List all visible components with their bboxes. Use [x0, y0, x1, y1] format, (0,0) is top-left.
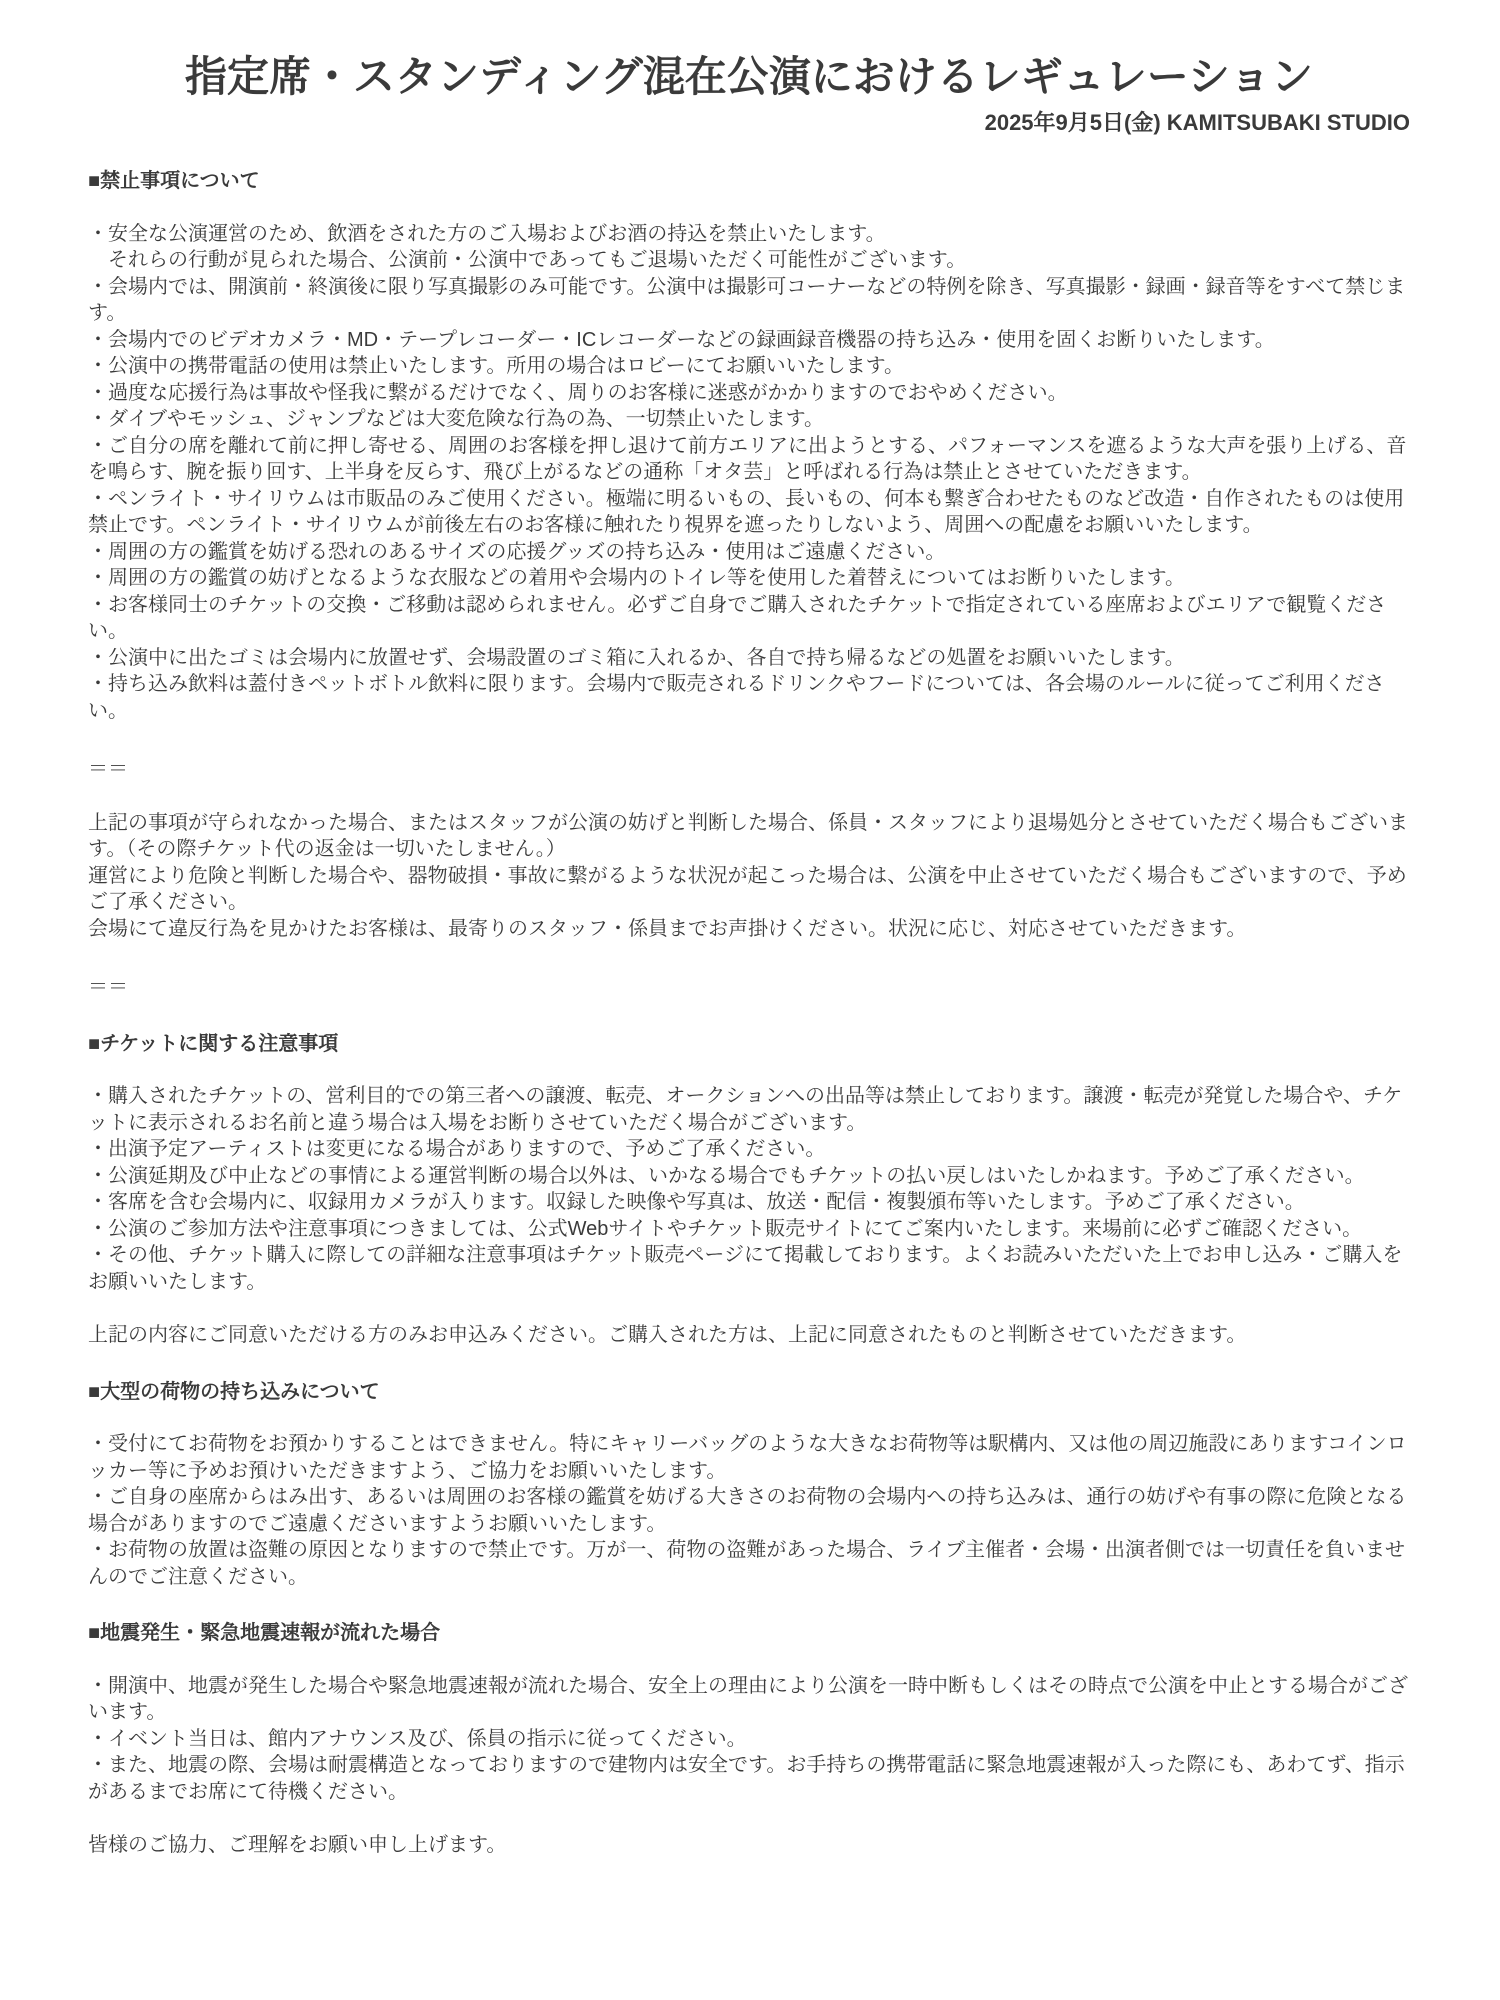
- bullet-line: ・会場内では、開演前・終演後に限り写真撮影のみ可能です。公演中は撮影可コーナーな…: [88, 274, 1410, 327]
- bullet-line: それらの行動が見られた場合、公演前・公演中であってもご退場いただく可能性がござい…: [88, 247, 1410, 274]
- bullet-line: ・安全な公演運営のため、飲酒をされた方のご入場およびお酒の持込を禁止いたします。: [88, 221, 1410, 248]
- bullet-line: ・客席を含む会場内に、収録用カメラが入ります。収録した映像や写真は、放送・配信・…: [88, 1189, 1410, 1216]
- bullet-line: ・購入されたチケットの、営利目的での第三者への譲渡、転売、オークションへの出品等…: [88, 1083, 1410, 1136]
- bullet-line: ・公演中に出たゴミは会場内に放置せず、会場設置のゴミ箱に入れるか、各自で持ち帰る…: [88, 645, 1410, 672]
- bullet-line: ・周囲の方の鑑賞の妨げとなるような衣服などの着用や会場内のトイレ等を使用した着替…: [88, 565, 1410, 592]
- separator: ＝＝: [88, 974, 1410, 1001]
- bullet-item: ・周囲の方の鑑賞を妨げる恐れのあるサイズの応援グッズの持ち込み・使用はご遠慮くだ…: [88, 539, 1410, 566]
- date-venue-line: 2025年9月5日(金) KAMITSUBAKI STUDIO: [88, 108, 1410, 138]
- bullet-item: ・ダイブやモッシュ、ジャンプなどは大変危険な行為の為、一切禁止いたします。: [88, 406, 1410, 433]
- document-title: 指定席・スタンディング混在公演におけるレギュレーション: [88, 52, 1410, 102]
- bullet-line: ・公演中の携帯電話の使用は禁止いたします。所用の場合はロビーにてお願いいたします…: [88, 353, 1410, 380]
- bullet-line: ・お荷物の放置は盗難の原因となりますので禁止です。万が一、荷物の盗難があった場合…: [88, 1537, 1410, 1590]
- paragraph-line: 運営により危険と判断した場合や、器物破損・事故に繋がるような状況が起こった場合は…: [88, 863, 1410, 916]
- bullet-item: ・周囲の方の鑑賞の妨げとなるような衣服などの着用や会場内のトイレ等を使用した着替…: [88, 565, 1410, 592]
- bullet-item: ・会場内では、開演前・終演後に限り写真撮影のみ可能です。公演中は撮影可コーナーな…: [88, 274, 1410, 327]
- section-heading: ■地震発生・緊急地震速報が流れた場合: [88, 1620, 1410, 1647]
- bullet-item: ・公演中の携帯電話の使用は禁止いたします。所用の場合はロビーにてお願いいたします…: [88, 353, 1410, 380]
- bullet-line: ・公演のご参加方法や注意事項につきましては、公式Webサイトやチケット販売サイト…: [88, 1216, 1410, 1243]
- bullet-item: ・公演のご参加方法や注意事項につきましては、公式Webサイトやチケット販売サイト…: [88, 1216, 1410, 1243]
- separator: ＝＝: [88, 756, 1410, 783]
- bullet-item: ・客席を含む会場内に、収録用カメラが入ります。収録した映像や写真は、放送・配信・…: [88, 1189, 1410, 1216]
- bullet-line: ・その他、チケット購入に際しての詳細な注意事項はチケット販売ページにて掲載してお…: [88, 1242, 1410, 1295]
- bullet-item: ・また、地震の際、会場は耐震構造となっておりますので建物内は安全です。お手持ちの…: [88, 1752, 1410, 1805]
- document-body: ■禁止事項について・安全な公演運営のため、飲酒をされた方のご入場およびお酒の持込…: [88, 168, 1410, 1859]
- paragraph: 皆様のご協力、ご理解をお願い申し上げます。: [88, 1832, 1410, 1859]
- bullet-line: ・イベント当日は、館内アナウンス及び、係員の指示に従ってください。: [88, 1726, 1410, 1753]
- bullet-line: ・また、地震の際、会場は耐震構造となっておりますので建物内は安全です。お手持ちの…: [88, 1752, 1410, 1805]
- bullet-line: ・持ち込み飲料は蓋付きペットボトル飲料に限ります。会場内で販売されるドリンクやフ…: [88, 671, 1410, 724]
- bullet-item: ・開演中、地震が発生した場合や緊急地震速報が流れた場合、安全上の理由により公演を…: [88, 1673, 1410, 1726]
- bullet-line: ・ご自分の席を離れて前に押し寄せる、周囲のお客様を押し退けて前方エリアに出ようと…: [88, 433, 1410, 486]
- bullet-line: ・ご自身の座席からはみ出す、あるいは周囲のお客様の鑑賞を妨げる大きさのお荷物の会…: [88, 1484, 1410, 1537]
- paragraph: 上記の内容にご同意いただける方のみお申込みください。ご購入された方は、上記に同意…: [88, 1322, 1410, 1349]
- bullet-line: ・開演中、地震が発生した場合や緊急地震速報が流れた場合、安全上の理由により公演を…: [88, 1673, 1410, 1726]
- bullet-line: ・過度な応援行為は事故や怪我に繋がるだけでなく、周りのお客様に迷惑がかかりますの…: [88, 380, 1410, 407]
- bullet-item: ・安全な公演運営のため、飲酒をされた方のご入場およびお酒の持込を禁止いたします。…: [88, 221, 1410, 274]
- paragraph-line: 上記の事項が守られなかった場合、またはスタッフが公演の妨げと判断した場合、係員・…: [88, 810, 1410, 863]
- document-page: 指定席・スタンディング混在公演におけるレギュレーション 2025年9月5日(金)…: [0, 52, 1500, 1919]
- bullet-line: ・周囲の方の鑑賞を妨げる恐れのあるサイズの応援グッズの持ち込み・使用はご遠慮くだ…: [88, 539, 1410, 566]
- bullet-item: ・受付にてお荷物をお預かりすることはできません。特にキャリーバッグのような大きな…: [88, 1431, 1410, 1484]
- bullet-line: ・ペンライト・サイリウムは市販品のみご使用ください。極端に明るいもの、長いもの、…: [88, 486, 1410, 539]
- bullet-item: ・持ち込み飲料は蓋付きペットボトル飲料に限ります。会場内で販売されるドリンクやフ…: [88, 671, 1410, 724]
- bullet-item: ・イベント当日は、館内アナウンス及び、係員の指示に従ってください。: [88, 1726, 1410, 1753]
- paragraph-line: 皆様のご協力、ご理解をお願い申し上げます。: [88, 1832, 1410, 1859]
- bullet-item: ・出演予定アーティストは変更になる場合がありますので、予めご了承ください。: [88, 1136, 1410, 1163]
- bullet-line: ・受付にてお荷物をお預かりすることはできません。特にキャリーバッグのような大きな…: [88, 1431, 1410, 1484]
- paragraph: 上記の事項が守られなかった場合、またはスタッフが公演の妨げと判断した場合、係員・…: [88, 810, 1410, 943]
- bullet-line: ・公演延期及び中止などの事情による運営判断の場合以外は、いかなる場合でもチケット…: [88, 1163, 1410, 1190]
- section-heading: ■チケットに関する注意事項: [88, 1031, 1410, 1058]
- paragraph-line: 上記の内容にご同意いただける方のみお申込みください。ご購入された方は、上記に同意…: [88, 1322, 1410, 1349]
- bullet-item: ・購入されたチケットの、営利目的での第三者への譲渡、転売、オークションへの出品等…: [88, 1083, 1410, 1136]
- bullet-item: ・ご自身の座席からはみ出す、あるいは周囲のお客様の鑑賞を妨げる大きさのお荷物の会…: [88, 1484, 1410, 1537]
- bullet-item: ・会場内でのビデオカメラ・MD・テープレコーダー・ICレコーダーなどの録画録音機…: [88, 327, 1410, 354]
- section-heading: ■禁止事項について: [88, 168, 1410, 195]
- bullet-item: ・ご自分の席を離れて前に押し寄せる、周囲のお客様を押し退けて前方エリアに出ようと…: [88, 433, 1410, 486]
- bullet-item: ・公演中に出たゴミは会場内に放置せず、会場設置のゴミ箱に入れるか、各自で持ち帰る…: [88, 645, 1410, 672]
- bullet-line: ・出演予定アーティストは変更になる場合がありますので、予めご了承ください。: [88, 1136, 1410, 1163]
- bullet-line: ・会場内でのビデオカメラ・MD・テープレコーダー・ICレコーダーなどの録画録音機…: [88, 327, 1410, 354]
- section-heading: ■大型の荷物の持ち込みについて: [88, 1379, 1410, 1406]
- bullet-line: ・ダイブやモッシュ、ジャンプなどは大変危険な行為の為、一切禁止いたします。: [88, 406, 1410, 433]
- bullet-line: ・お客様同士のチケットの交換・ご移動は認められません。必ずご自身でご購入されたチ…: [88, 592, 1410, 645]
- bullet-item: ・ペンライト・サイリウムは市販品のみご使用ください。極端に明るいもの、長いもの、…: [88, 486, 1410, 539]
- bullet-item: ・お荷物の放置は盗難の原因となりますので禁止です。万が一、荷物の盗難があった場合…: [88, 1537, 1410, 1590]
- bullet-item: ・過度な応援行為は事故や怪我に繋がるだけでなく、周りのお客様に迷惑がかかりますの…: [88, 380, 1410, 407]
- bullet-item: ・お客様同士のチケットの交換・ご移動は認められません。必ずご自身でご購入されたチ…: [88, 592, 1410, 645]
- bullet-item: ・その他、チケット購入に際しての詳細な注意事項はチケット販売ページにて掲載してお…: [88, 1242, 1410, 1295]
- paragraph-line: 会場にて違反行為を見かけたお客様は、最寄りのスタッフ・係員までお声掛けください。…: [88, 916, 1410, 943]
- bullet-item: ・公演延期及び中止などの事情による運営判断の場合以外は、いかなる場合でもチケット…: [88, 1163, 1410, 1190]
